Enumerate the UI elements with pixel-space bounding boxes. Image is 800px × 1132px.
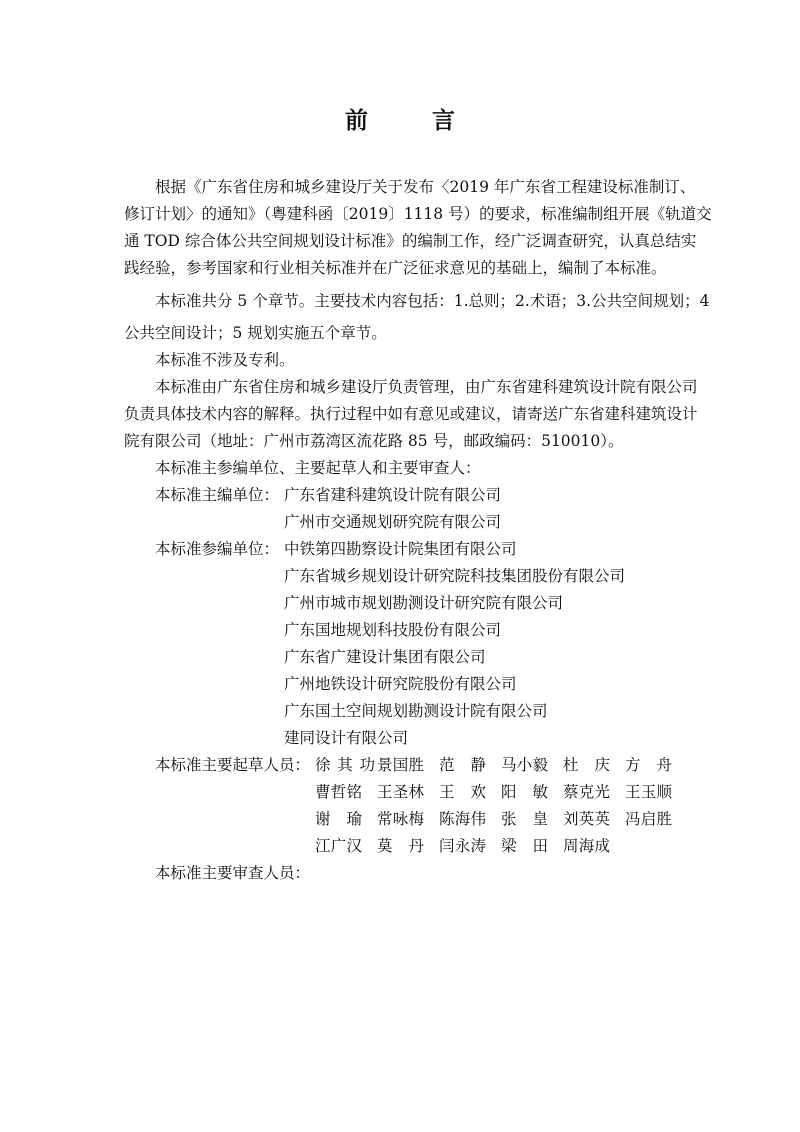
drafter-name: 阳敏	[501, 783, 548, 801]
paragraph-1-line-3: 通 TOD 综合体公共空间规划设计标准》的编制工作，经广泛调查研究，认真总结实	[124, 232, 696, 250]
paragraph-4-line-1: 本标准由广东省住房和城乡建设厅负责管理，由广东省建科建筑设计院有限公司	[155, 378, 698, 396]
drafter-name: 方舟	[625, 756, 672, 774]
co-editor-org-3: 广州市城市规划勘测设计研究院有限公司	[284, 594, 563, 612]
drafter-name: 莫丹	[377, 837, 424, 855]
drafter-name: 王圣林	[377, 783, 424, 801]
drafter-name: 曹哲铭	[315, 783, 362, 801]
drafter-name: 马小毅	[501, 756, 548, 774]
paragraph-1-line-4: 践经验，参考国家和行业相关标准并在广泛征求意见的基础上，编制了本标准。	[124, 259, 667, 277]
chief-editor-label: 本标准主编单位：	[155, 486, 279, 504]
chief-editor-org-1: 广东省建科建筑设计院有限公司	[284, 486, 501, 504]
co-editor-org-2: 广东省城乡规划设计研究院科技集团股份有限公司	[284, 567, 625, 585]
drafter-name: 闫永涛	[439, 837, 486, 855]
drafter-name: 江广汉	[315, 837, 362, 855]
drafter-name: 王玉顺	[625, 783, 672, 801]
drafter-name: 陈海伟	[439, 810, 486, 828]
paragraph-3: 本标准不涉及专利。	[155, 351, 295, 369]
drafter-name: 常咏梅	[377, 810, 424, 828]
co-editors-label: 本标准参编单位：	[155, 540, 279, 558]
drafter-name: 杜庆	[563, 756, 610, 774]
drafter-name: 王欢	[439, 783, 486, 801]
co-editor-org-6: 广州地铁设计研究院股份有限公司	[284, 675, 517, 693]
paragraph-1-line-2: 修订计划〉的通知》（粤建科函〔2019〕1118 号）的要求，标准编制组开展《轨…	[124, 205, 712, 223]
reviewers-label: 本标准主要审查人员：	[155, 864, 310, 882]
drafters-label: 本标准主要起草人员：	[155, 756, 310, 774]
drafter-name: 范静	[439, 756, 486, 774]
co-editor-org-4: 广东国地规划科技股份有限公司	[284, 621, 501, 639]
co-editor-org-8: 建同设计有限公司	[284, 729, 408, 747]
drafter-name: 徐其功	[315, 756, 375, 774]
chief-editor-org-2: 广州市交通规划研究院有限公司	[284, 513, 501, 531]
drafter-name: 冯启胜	[625, 810, 672, 828]
co-editor-org-7: 广东国土空间规划勘测设计院有限公司	[284, 702, 548, 720]
drafter-name: 周海成	[563, 837, 610, 855]
drafter-name: 刘英英	[563, 810, 610, 828]
drafter-name: 张皇	[501, 810, 548, 828]
drafter-name: 谢瑜	[315, 810, 362, 828]
paragraph-5: 本标准主参编单位、主要起草人和主要审查人：	[155, 459, 481, 477]
paragraph-4-line-2: 负责具体技术内容的解释。执行过程中如有意见或建议，请寄送广东省建科建筑设计	[124, 405, 698, 423]
drafter-name: 景国胜	[377, 756, 424, 774]
paragraph-2-line-2: 公共空间设计；5 规划实施五个章节。	[124, 324, 387, 342]
drafter-name: 梁田	[501, 837, 548, 855]
co-editor-org-1: 中铁第四勘察设计院集团有限公司	[284, 540, 517, 558]
paragraph-2-line-1: 本标准共分 5 个章节。主要技术内容包括：1.总则；2.术语；3.公共空间规划；…	[155, 292, 709, 310]
paragraph-1-line-1: 根据《广东省住房和城乡建设厅关于发布〈2019 年广东省工程建设标准制订、	[155, 178, 695, 196]
drafter-name: 蔡克光	[563, 783, 610, 801]
page-title: 前 言	[0, 102, 800, 135]
paragraph-4-line-3: 院有限公司（地址：广州市荔湾区流花路 85 号，邮政编码：510010）。	[124, 432, 624, 450]
co-editor-org-5: 广东省广建设计集团有限公司	[284, 648, 486, 666]
document-page: 前 言 根据《广东省住房和城乡建设厅关于发布〈2019 年广东省工程建设标准制订…	[0, 0, 800, 1132]
